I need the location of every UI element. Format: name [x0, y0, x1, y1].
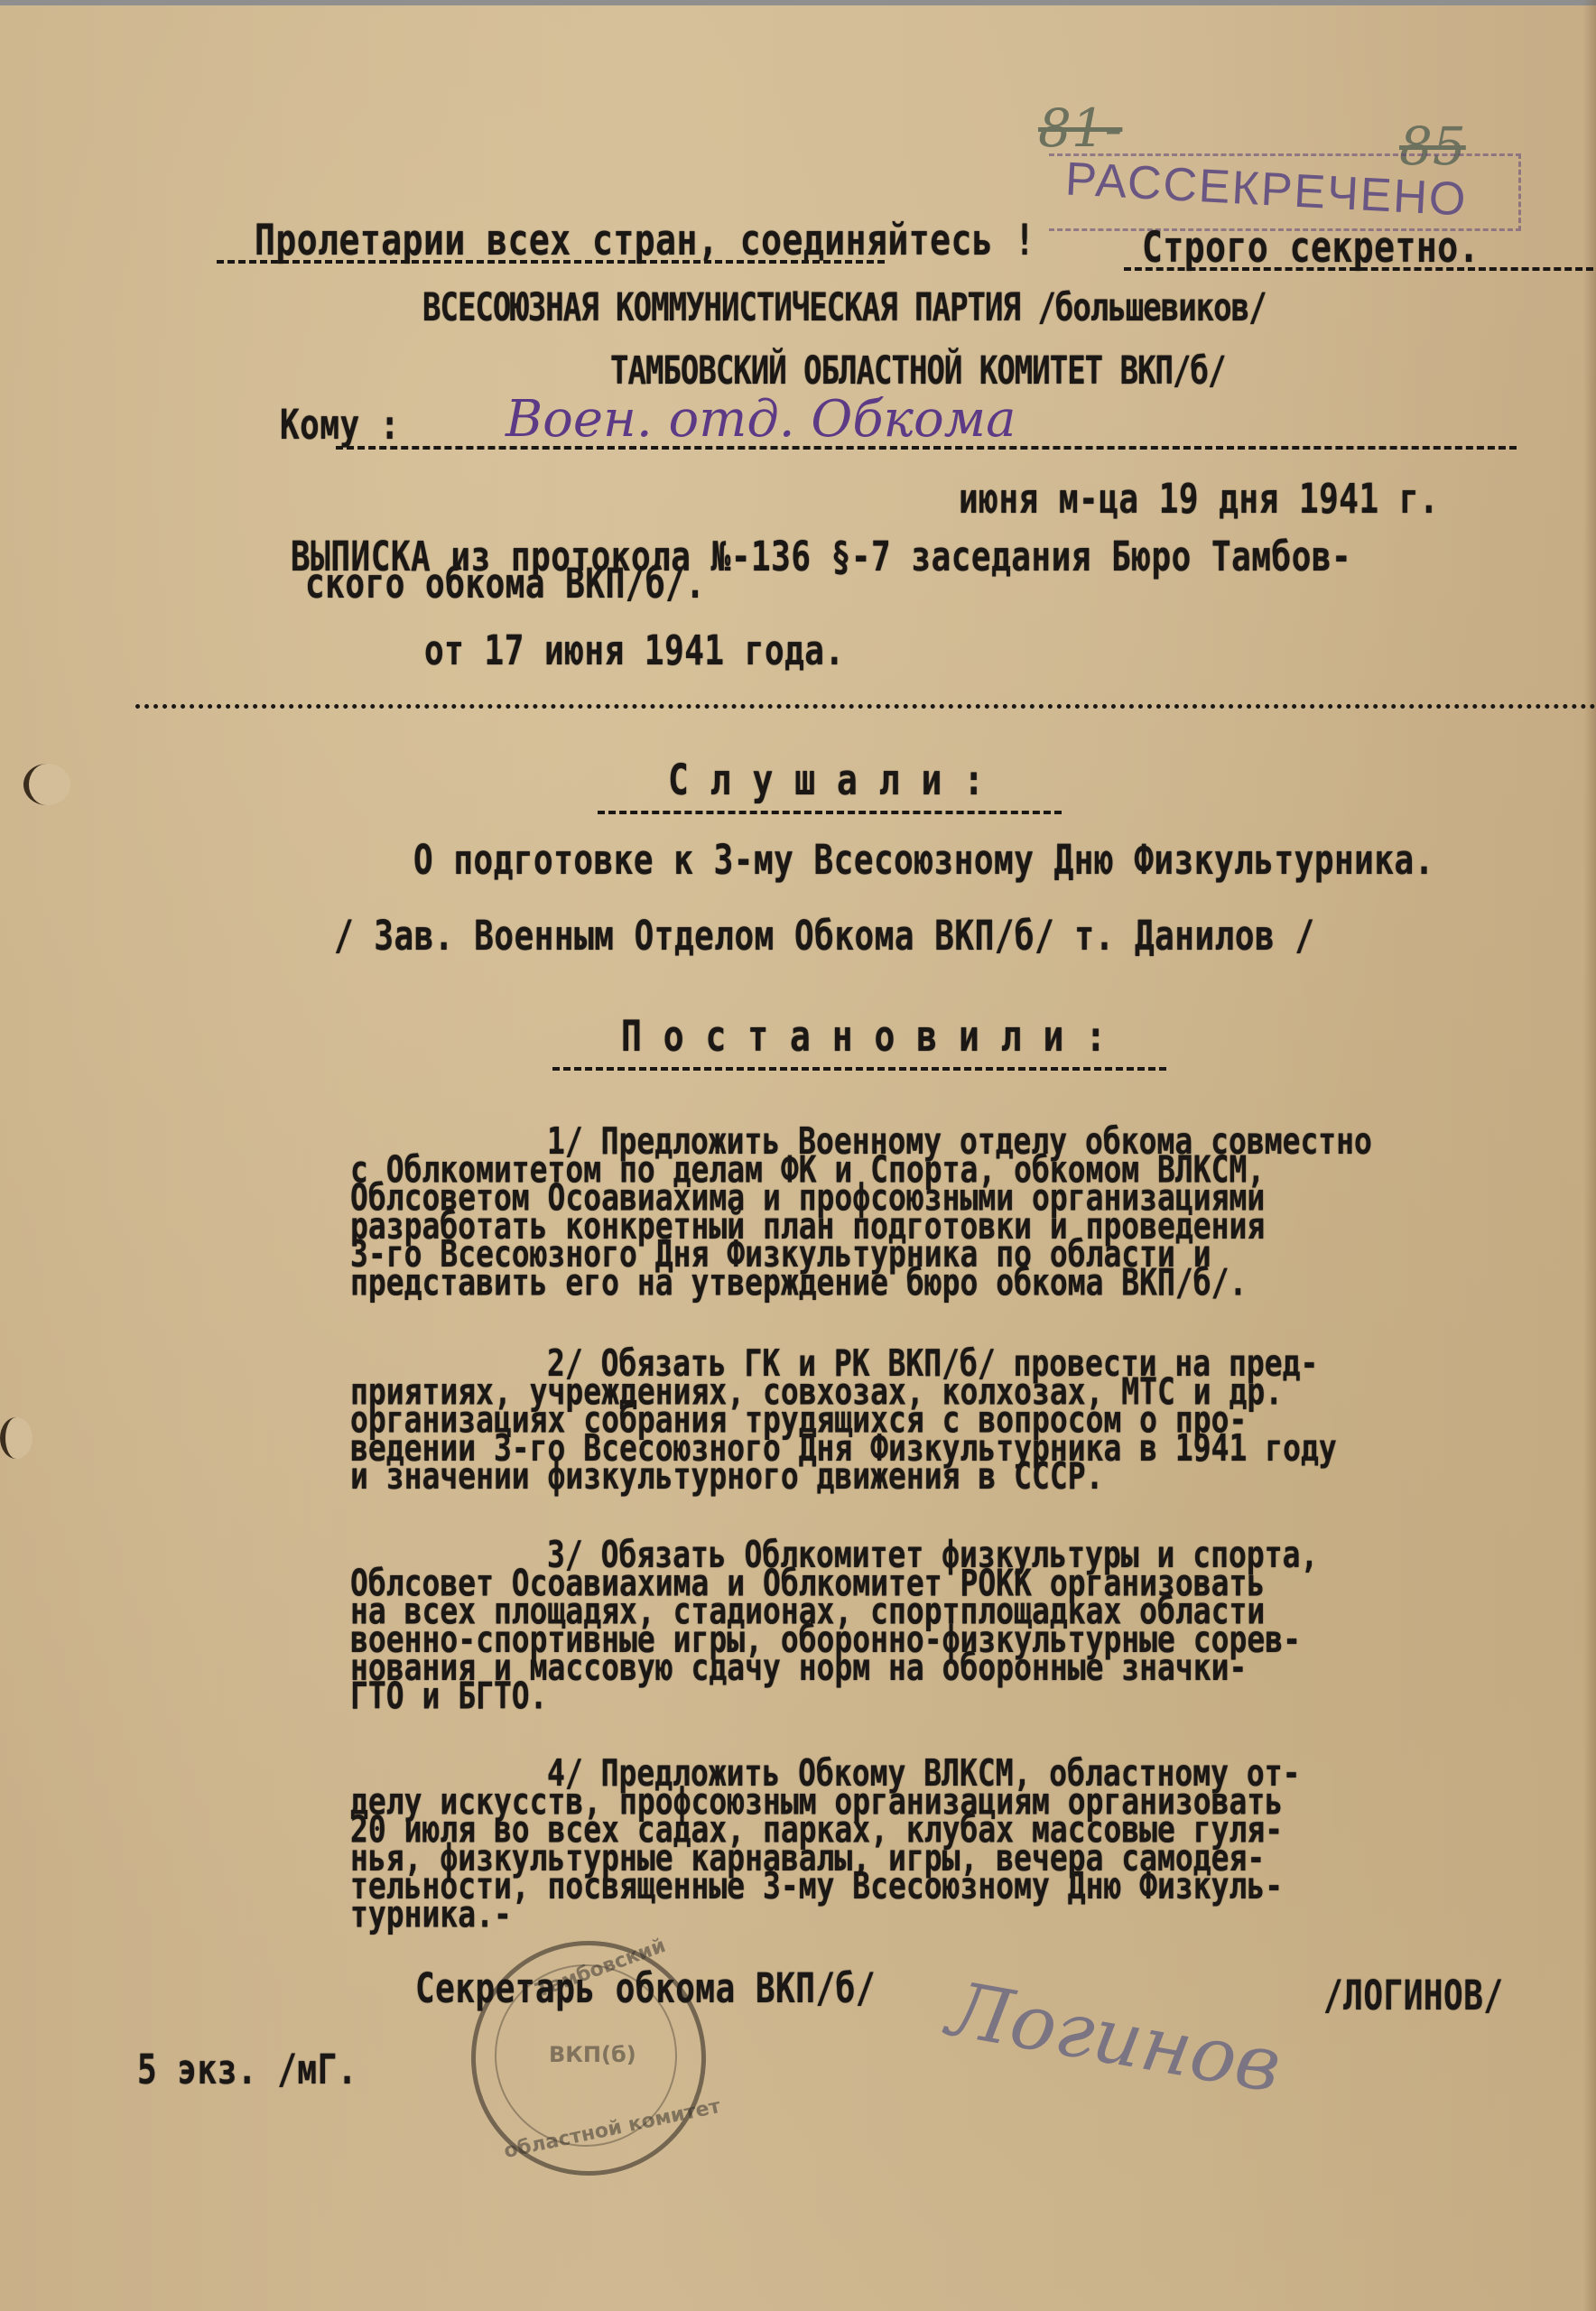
- classification-label: Строго секретно.: [1142, 222, 1480, 272]
- extract-title-line2: ского обкома ВКП/б/.: [305, 562, 705, 608]
- punch-hole-top: [23, 764, 70, 805]
- heard-heading-underline: [598, 811, 1062, 814]
- official-seal-center: ВКП(б): [549, 2042, 636, 2067]
- recipient-handwritten: Воен. отд. Обкома: [506, 390, 1016, 449]
- signature-title: Секретарь обкома ВКП/б/: [415, 1966, 876, 2012]
- heard-subject: О подготовке к 3-му Всесоюзному Дню Физк…: [413, 838, 1434, 884]
- resolution-line: тельности, посвященные 3-му Всесоюзному …: [350, 1871, 1560, 1899]
- resolved-heading: П о с т а н о в и л и :: [621, 1011, 1107, 1061]
- punch-hole-bottom: [0, 1417, 32, 1459]
- resolution-line: представить его на утверждение бюро обко…: [350, 1267, 1560, 1295]
- meeting-date: от 17 июня 1941 года.: [424, 628, 845, 674]
- party-name: ВСЕСОЮЗНАЯ КОММУНИСТИЧЕСКАЯ ПАРТИЯ /боль…: [422, 285, 1267, 330]
- pencil-page-number-left: 81-: [1038, 97, 1122, 159]
- handwritten-signature: Логинов: [942, 1964, 1287, 2110]
- slogan: Пролетарии всех стран, соединяйтесь !: [255, 215, 1035, 265]
- resolution-line: и значении физкультурного движения в ССС…: [350, 1462, 1560, 1490]
- resolution-item-1: 1/ Предложить Военному отделу обкома сов…: [350, 1127, 1560, 1296]
- paper-right-edge: [1583, 0, 1596, 2311]
- resolution-item-4: 4/ Предложить Обкому ВЛКСМ, областному о…: [350, 1759, 1560, 1928]
- heard-heading: С л у ш а л и :: [668, 755, 985, 804]
- scan-top-border: [0, 0, 1596, 5]
- recipient-label: Кому :: [280, 403, 400, 449]
- resolved-heading-underline: [552, 1067, 1166, 1071]
- copies-note: 5 экз. /мГ.: [137, 2047, 357, 2093]
- slogan-underline: [217, 260, 885, 264]
- recipient-underline: [336, 446, 1517, 450]
- resolution-item-2: 2/ Обязать ГК и РК ВКП/б/ провести на пр…: [350, 1349, 1560, 1490]
- resolution-item-3: 3/ Обязать Облкомитет физкультуры и спор…: [350, 1540, 1560, 1710]
- classification-underline: [1124, 267, 1593, 271]
- document-date: июня м-ца 19 дня 1941 г.: [959, 477, 1439, 523]
- signature-name: /ЛОГИНОВ/: [1323, 1973, 1504, 2019]
- heard-speaker: / Зав. Военным Отделом Обкома ВКП/б/ т. …: [334, 914, 1315, 960]
- section-divider: [135, 704, 1596, 709]
- committee-name: ТАМБОВСКИЙ ОБЛАСТНОЙ КОМИТЕТ ВКП/б/: [610, 348, 1225, 394]
